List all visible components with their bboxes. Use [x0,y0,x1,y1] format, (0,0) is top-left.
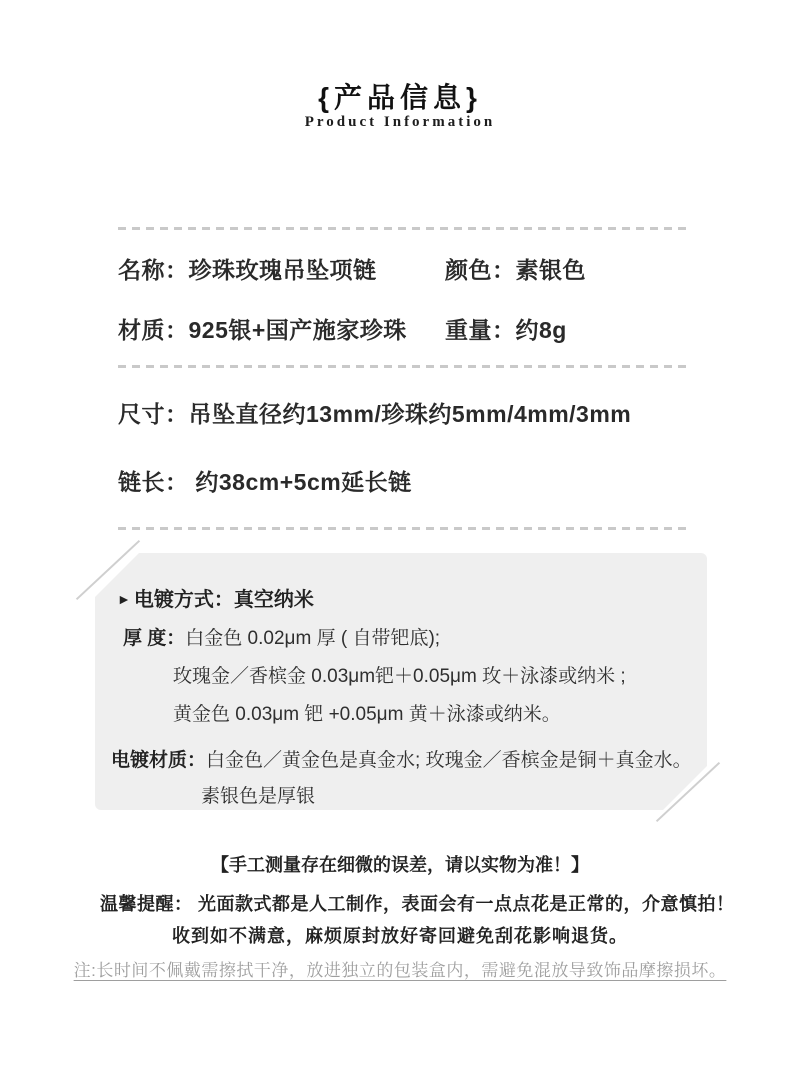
plating-method-label: 电镀方式： [134,589,234,611]
plating-thickness-label: 厚 度： [123,628,185,649]
page-subtitle: Product Information [0,114,800,131]
spec-size-label: 尺寸： [118,401,189,427]
arrow-bullet-icon: ► [117,591,131,607]
plating-thickness-line-2: 玫瑰金／香槟金 0.03μm钯＋0.05μm 玫＋泳漆或纳米 ; [173,661,626,688]
spec-weight-value: 约8g [516,317,567,343]
plating-thickness-line-3: 黄金色 0.03μm 钯 +0.05μm 黄＋泳漆或纳米。 [173,699,561,726]
spec-material-value: 925银+国产施家珍珠 [189,317,407,343]
spec-material-label: 材质： [118,317,189,343]
warm-reminder-text: 光面款式都是人工制作，表面会有一点点花是正常的，介意慎拍！ [198,894,735,914]
spec-weight: 重量：约8g [445,312,567,345]
spec-weight-label: 重量： [445,317,516,343]
plating-material-line-2: 素银色是厚银 [201,781,315,808]
plating-method-value: 真空纳米 [234,589,314,611]
divider-dashed-top [118,227,690,230]
warm-reminder-label: 温馨提醒： [100,894,193,914]
plating-thickness-value: 白金色 0.02μm 厚 ( 自带钯底); [185,628,440,649]
spec-chain-value: 约38cm+5cm延长链 [195,469,411,495]
plating-material-label: 电镀材质： [111,750,206,771]
plating-thickness-line: 厚 度：白金色 0.02μm 厚 ( 自带钯底); [123,623,440,650]
spec-size-value: 吊坠直径约13mm/珍珠约5mm/4mm/3mm [189,401,632,427]
spec-chain-length: 链长： 约38cm+5cm延长链 [118,464,412,497]
spec-chain-label: 链长： [118,469,189,495]
plating-material-line: 电镀材质：白金色／黄金色是真金水; 玫瑰金／香槟金是铜＋真金水。 [111,745,692,772]
spec-name-value: 珍珠玫瑰吊坠项链 [189,257,377,283]
spec-material: 材质：925银+国产施家珍珠 [118,312,407,345]
warm-reminder-line: 温馨提醒： 光面款式都是人工制作，表面会有一点点花是正常的，介意慎拍！ [100,890,740,916]
measurement-disclaimer: 【手工测量存在细微的误差，请以实物为准！】 [0,851,800,877]
divider-dashed-middle [118,365,690,368]
spec-color: 颜色：素银色 [445,252,586,285]
spec-color-label: 颜色： [445,257,516,283]
plating-material-value: 白金色／黄金色是真金水; 玫瑰金／香槟金是铜＋真金水。 [206,750,692,771]
plating-info-panel: ►电镀方式：真空纳米 厚 度：白金色 0.02μm 厚 ( 自带钯底); 玫瑰金… [95,553,707,810]
warm-reminder-line-2: 收到如不满意，麻烦原封放好寄回避免刮花影响退货。 [0,922,800,948]
spec-name-label: 名称： [118,257,189,283]
spec-color-value: 素银色 [516,257,587,283]
product-info-page: {产品信息} Product Information 名称：珍珠玫瑰吊坠项链 颜… [0,0,800,1083]
care-note: 注:长时间不佩戴需擦拭干净，放进独立的包装盒内，需避免混放导致饰品摩擦损坏。 [0,956,800,981]
page-title: {产品信息} [0,76,800,116]
spec-size: 尺寸：吊坠直径约13mm/珍珠约5mm/4mm/3mm [118,396,631,429]
divider-dashed-bottom [118,527,690,530]
plating-method-line: ►电镀方式：真空纳米 [117,583,314,612]
spec-name: 名称：珍珠玫瑰吊坠项链 [118,252,377,285]
